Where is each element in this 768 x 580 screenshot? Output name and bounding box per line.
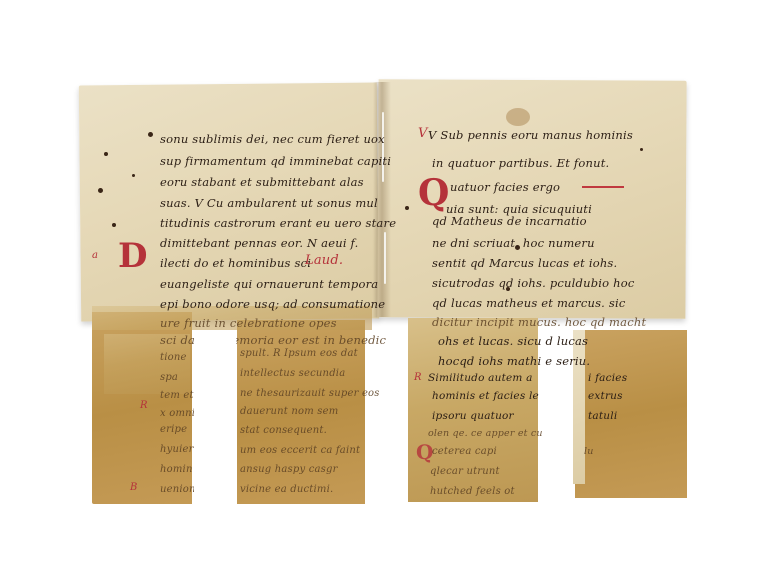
- strip-text-line: lu: [584, 446, 594, 457]
- strip-text-line: olen qe. ce apper et cu: [428, 428, 543, 439]
- margin-mark-r: R: [414, 372, 422, 383]
- margin-mark-b: B: [130, 482, 138, 493]
- strip-text-line: stat consequent.: [240, 425, 327, 436]
- strip-text-line: dauerunt nom sem: [240, 406, 338, 417]
- binding-thread-upper: [382, 112, 384, 182]
- ink-spot: [640, 148, 643, 151]
- strip-text-line: eripe: [160, 424, 187, 435]
- ink-spot: [132, 174, 135, 177]
- cutout-gap: [194, 336, 236, 516]
- strip-text-line: extrus: [588, 390, 623, 402]
- left-text-line: eoru stabant et submittebant alas: [160, 175, 364, 189]
- left-text-line: sup firmamentum qd imminebat capiti: [160, 154, 391, 168]
- strip-text-line: intellectus secundia: [240, 368, 345, 379]
- margin-mark-r: R: [140, 400, 148, 411]
- right-text-line: sicutrodas qd iohs. pculdubio hoc: [432, 276, 635, 290]
- ink-spot: [405, 206, 409, 210]
- right-text-line: in quatuor partibus. Et fonut.: [432, 156, 609, 170]
- strip-text-line: tione: [160, 352, 187, 363]
- right-text-line: qd Matheus de incarnatio: [432, 214, 587, 228]
- strip-text-line: qlecar utrunt: [430, 466, 500, 477]
- ink-spot: [148, 132, 153, 137]
- ink-spot: [104, 152, 108, 156]
- left-text-line: ilecti do et hominibus sci: [160, 256, 311, 270]
- strip-text-line: spult. R Ipsum eos dat: [240, 348, 358, 359]
- right-text-line: ohs et lucas. sicu d lucas: [438, 334, 588, 348]
- strip-text-line: ansug haspy casgr: [240, 464, 338, 475]
- right-text-line: ne dni scriuat. hoc numeru: [432, 236, 595, 250]
- decorated-initial-q: Q: [418, 172, 449, 214]
- ink-spot: [112, 223, 116, 227]
- left-text-line: sonu sublimis dei, nec cum fieret uox: [160, 132, 385, 146]
- right-text-line: V Sub pennis eoru manus hominis: [428, 128, 633, 142]
- left-text-line: suas. V Cu ambularent ut sonus mul: [160, 196, 378, 210]
- strip-text-line: hominis et facies le: [432, 390, 539, 402]
- left-text-line: euangeliste qui ornauerunt tempora: [160, 277, 378, 291]
- left-text-line: ure fruit in celebratione opes: [160, 316, 337, 330]
- margin-mark: a: [92, 250, 98, 261]
- binding-thread-lower: [384, 232, 386, 284]
- cutout-gap: [540, 372, 572, 512]
- strip-text-line: ipsoru quatuor: [432, 410, 514, 422]
- strip-text-line: spa: [160, 372, 178, 383]
- strip-text-line: x omni: [160, 408, 195, 419]
- decorated-initial-c: Q: [416, 440, 433, 464]
- strip-text-line: vicine ea ductimi.: [240, 484, 333, 495]
- strip-text-line: ceterea capi: [432, 446, 497, 457]
- right-text-line: qd lucas matheus et marcus. sic: [432, 296, 626, 310]
- strip-text-line: tatuli: [588, 410, 617, 422]
- strip-text-line: i facies: [588, 372, 627, 384]
- left-text-line: dimittebant pennas eor. N aeui f.: [160, 236, 358, 250]
- rubric-laud: Laud.: [305, 253, 343, 268]
- ink-spot: [98, 188, 103, 193]
- strip-text-line: hutched feels ot: [430, 486, 515, 497]
- strip-text-line: Similitudo autem a: [428, 372, 533, 384]
- strip-text-line: uenion: [160, 484, 196, 495]
- right-text-line: uatuor facies ergo: [450, 180, 560, 194]
- left-text-line: titudinis castrorum erant eu uero stare: [160, 216, 396, 230]
- right-text-line: dicitur incipit mucus. hoc qd macht: [432, 315, 646, 329]
- right-text-line: hocqd iohs mathi e seriu.: [438, 354, 590, 368]
- strip-text-line: homin: [160, 464, 193, 475]
- verse-mark: V: [418, 126, 428, 141]
- left-text-line: epi bono odore usq; ad consumatione: [160, 297, 385, 311]
- decorated-initial-d: D: [118, 236, 147, 276]
- water-stain: [506, 108, 530, 126]
- rubric-line: [582, 186, 624, 188]
- right-text-line: sentit qd Marcus lucas et iohs.: [432, 256, 617, 270]
- strip-text-line: um eos eccerit ca faint: [240, 445, 360, 456]
- strip-text-line: tem et: [160, 390, 194, 401]
- strip-text-line: ne thesaurizauit super eos: [240, 388, 380, 399]
- strip-text-line: hyuier: [160, 444, 194, 455]
